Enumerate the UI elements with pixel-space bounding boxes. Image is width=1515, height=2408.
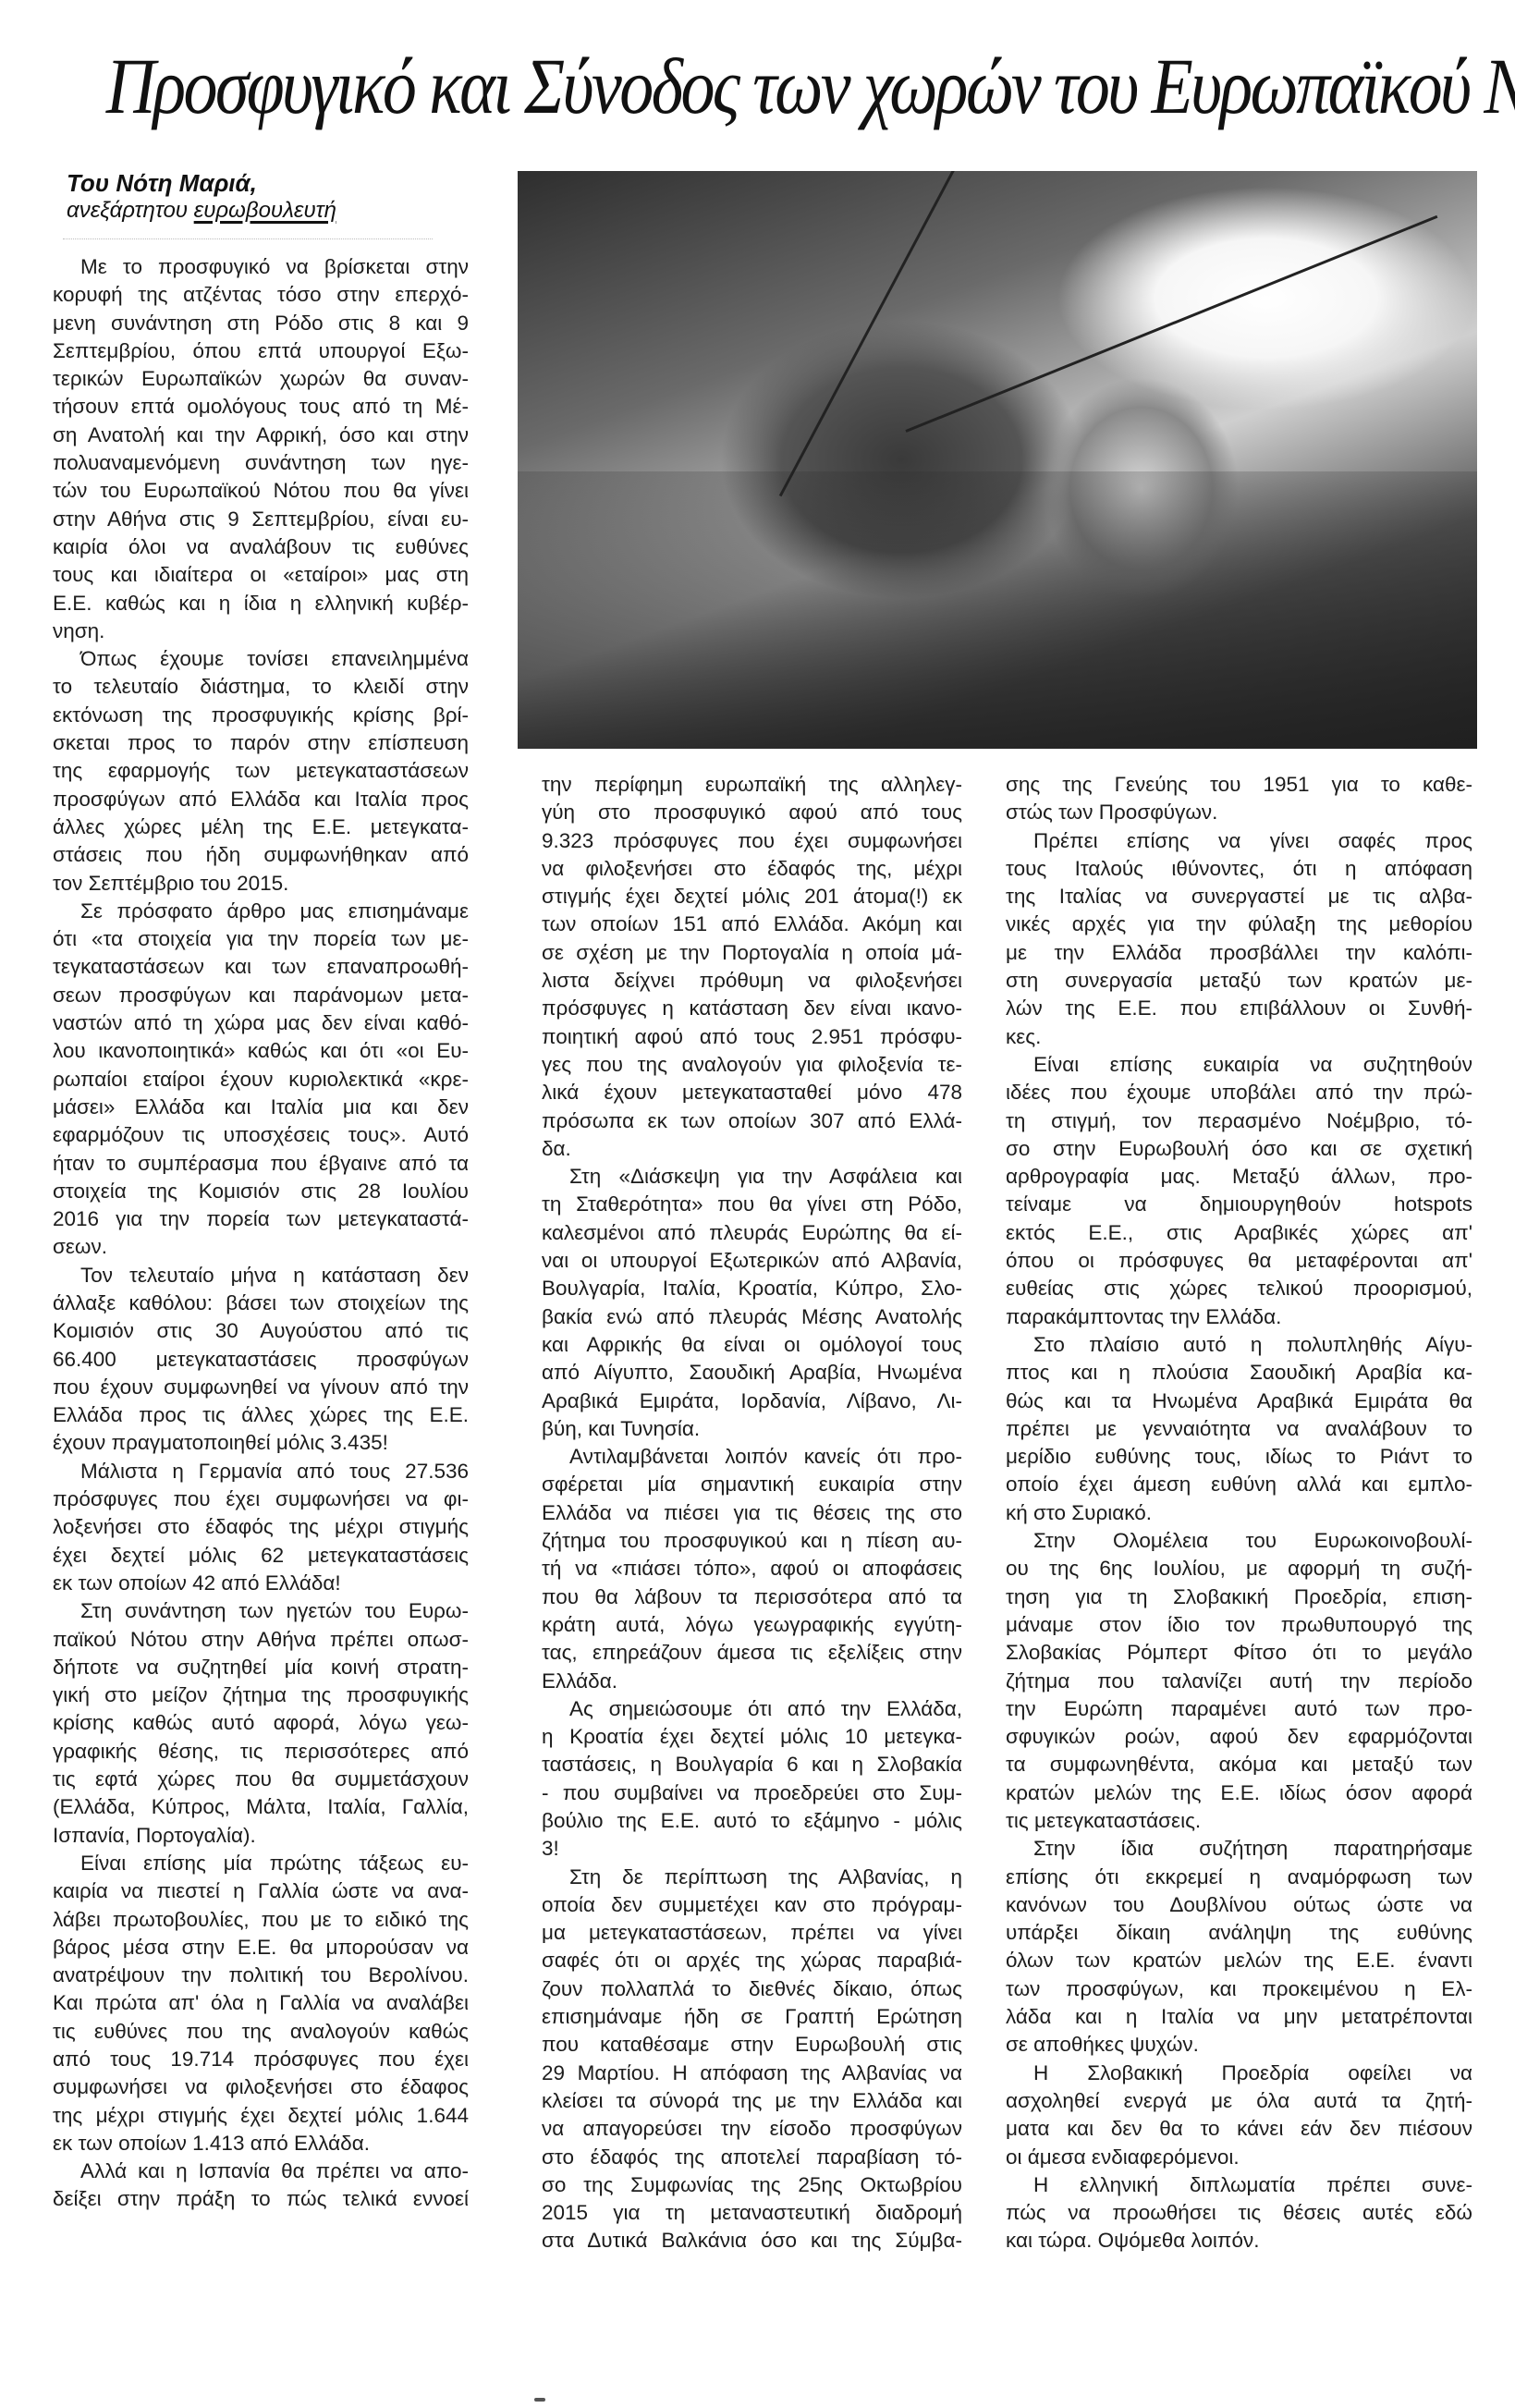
text-line: η Κροατία έχει δεχτεί μόλις 10 μετεγκα- — [542, 1723, 962, 1751]
text-line: όλων των κρατών μελών της Ε.Ε. έναντι — [1006, 1947, 1472, 1974]
text-line: λάδα και η Ιταλία να μην μετατρέπονται — [1006, 2003, 1472, 2031]
text-column-1: Με το προσφυγικό να βρίσκεται στηνκορυφή… — [53, 253, 469, 2214]
text-line: Σλοβακίας Ρόμπερτ Φίτσο ότι το μεγάλο — [1006, 1639, 1472, 1667]
text-line: σφέρεται μία σημαντική ευκαιρία στην — [542, 1471, 962, 1498]
text-line: σε σχέση με την Πορτογαλία η οποία μά- — [542, 939, 962, 967]
text-line: τεγκαταστάσεων και των επαναπροωθή- — [53, 953, 469, 981]
text-line: σεων. — [53, 1233, 469, 1261]
text-line: 29 Μαρτίου. Η απόφαση της Αλβανίας να — [542, 2060, 962, 2087]
text-column-3: σης της Γενεύης του 1951 για το καθε-στώ… — [1006, 771, 1472, 2255]
text-line: στα Δυτικά Βαλκάνια όσο και της Σύμβα- — [542, 2227, 962, 2255]
text-line: την Ευρώπη παραμένει αυτό των προ- — [1006, 1695, 1472, 1723]
text-line: εκτόνωση της προσφυγικής κρίσης βρί- — [53, 702, 469, 729]
text-line: δείξει στην πράξη το πώς τελικά εννοεί — [53, 2185, 469, 2213]
text-line: ζήτημα που ταλανίζει αυτή την περίοδο — [1006, 1668, 1472, 1695]
text-line: τας, επηρεάζουν άμεσα τις εξελίξεις στην — [542, 1639, 962, 1667]
text-line: Η Σλοβακική Προεδρία οφείλει να — [1006, 2060, 1472, 2087]
text-line: της μέχρι στιγμής έχει δεχτεί μόλις 1.64… — [53, 2102, 469, 2130]
byline-divider — [63, 238, 433, 240]
text-line: καιρία να πιεστεί η Γαλλία ώστε να ανα- — [53, 1877, 469, 1905]
text-line: πολυαναμενόμενη συνάντηση των ηγε- — [53, 449, 469, 477]
text-line: κες. — [1006, 1023, 1472, 1051]
text-line: τις εφτά χώρες που θα συμμετάσχουν — [53, 1766, 469, 1793]
text-line: μενη συνάντηση στη Ρόδο στις 8 και 9 — [53, 310, 469, 337]
text-line: τείναμε να δημιουργηθούν hotspots — [1006, 1191, 1472, 1218]
text-line: τις μετεγκαταστάσεις. — [1006, 1807, 1472, 1835]
text-line: επισημάναμε ήδη σε Γραπτή Ερώτηση — [542, 2003, 962, 2031]
text-line: τη στιγμή, τον περασμένο Νοέμβριο, τό- — [1006, 1107, 1472, 1135]
text-line: άλλαξε καθόλου: βάσει των στοιχείων της — [53, 1290, 469, 1317]
text-line: με την Ελλάδα προσβάλλει την καλόπι- — [1006, 939, 1472, 967]
text-line: θώς και τα Ηνωμένα Αραβικά Εμιράτα θα — [1006, 1387, 1472, 1415]
text-line: ταστάσεις, η Βουλγαρία 6 και η Σλοβακία — [542, 1751, 962, 1778]
text-line: Ελλάδα. — [542, 1668, 962, 1695]
text-line: κλείσει τα σύνορά της με την Ελλάδα και — [542, 2087, 962, 2115]
text-line: Με το προσφυγικό να βρίσκεται στην — [53, 253, 469, 281]
text-line: της εφαρμογής των μετεγκαταστάσεων — [53, 757, 469, 785]
text-line: 66.400 μετεγκαταστάσεις προσφύγων — [53, 1346, 469, 1374]
text-line: ανατρέψουν την πολιτική του Βερολίνου. — [53, 1962, 469, 1989]
text-line: Στο πλαίσιο αυτό η πολυπληθής Αίγυ- — [1006, 1331, 1472, 1359]
text-line: που έχουν συμφωνηθεί να γίνουν από την — [53, 1374, 469, 1401]
text-line: σο της Συμφωνίας της 25ης Οκτωβρίου — [542, 2171, 962, 2199]
text-line: εκ των οποίων 42 από Ελλάδα! — [53, 1570, 469, 1597]
text-line: μάναμε στον ίδιο τον πρωθυπουργό της — [1006, 1611, 1472, 1639]
text-line: επίσης ότι εκκρεμεί η αναμόρφωση των — [1006, 1864, 1472, 1891]
author-role-prefix: ανεξάρτητου — [67, 198, 194, 223]
text-line: Αραβικά Εμιράτα, Ιορδανία, Λίβανο, Λι- — [542, 1387, 962, 1415]
text-line: Η ελληνική διπλωματία πρέπει συνε- — [1006, 2171, 1472, 2199]
text-line: Ισπανία, Πορτογαλία). — [53, 1822, 469, 1850]
text-line: Μάλιστα η Γερμανία από τους 27.536 — [53, 1458, 469, 1485]
text-line: Βουλγαρία, Ιταλία, Κροατία, Κύπρο, Σλο- — [542, 1275, 962, 1302]
text-line: Ας σημειώσουμε ότι από την Ελλάδα, — [542, 1695, 962, 1723]
text-line: βούλιο της Ε.Ε. αυτό το εξάμηνο - μόλις — [542, 1807, 962, 1835]
text-line: αρθρογραφία μας. Μεταξύ άλλων, προ- — [1006, 1163, 1472, 1191]
text-line: στάσεις που ήδη συμφωνήθηκαν από — [53, 841, 469, 869]
text-line: ζήτημα του προσφυγικού και η πίεση αυ- — [542, 1527, 962, 1555]
text-column-2: την περίφημη ευρωπαϊκή της αλληλεγ-γύη σ… — [542, 771, 962, 2255]
text-line: συμφωνήσει να φιλοξενήσει στο έδαφος — [53, 2073, 469, 2101]
text-line: στην Αθήνα στις 9 Σεπτεμβρίου, είναι ευ- — [53, 506, 469, 533]
author-role: ανεξάρτητου ευρωβουλευτή — [67, 197, 399, 225]
text-line: Όπως έχουμε τονίσει επανειλημμένα — [53, 645, 469, 673]
text-line: από Αίγυπτο, Σαουδική Αραβία, Ηνωμένα — [542, 1359, 962, 1387]
text-line: γες που της αναλογούν για φιλοξενία τε- — [542, 1051, 962, 1079]
text-line: Ε.Ε. καθώς και η ίδια η ελληνική κυβέρ- — [53, 590, 469, 617]
text-line: 2015 για τη μεταναστευτική διαδρομή — [542, 2199, 962, 2227]
text-line: να απαγορεύσει την είσοδο προσφύγων — [542, 2115, 962, 2143]
author-name: Του Νότη Μαριά, — [67, 169, 399, 197]
byline: Του Νότη Μαριά, ανεξάρτητου ευρωβουλευτή — [67, 169, 399, 225]
text-line: που καταθέσαμε στην Ευρωβουλή στις — [542, 2031, 962, 2059]
text-line: 9.323 πρόσφυγες που έχει συμφωνήσει — [542, 827, 962, 855]
text-line: υπάρξει δίκαιη ανάληψη της ευθύνης — [1006, 1919, 1472, 1947]
text-line: κανόνων του Δουβλίνου ούτως ώστε να — [1006, 1891, 1472, 1919]
text-line: κρατών μελών της Ε.Ε. ιδίως όσον αφορά — [1006, 1779, 1472, 1807]
text-line: κρίσης καθώς αυτό αφορά, λόγω γεω- — [53, 1709, 469, 1737]
text-line: Αντιλαμβάνεται λοιπόν κανείς ότι προ- — [542, 1443, 962, 1471]
text-line: δήποτε να συζητηθεί μία κοινή στρατη- — [53, 1654, 469, 1681]
text-line: Και πρώτα απ' όλα η Γαλλία να αναλάβει — [53, 1989, 469, 2017]
text-line: παϊκού Νότου στην Αθήνα πρέπει οπωσ- — [53, 1626, 469, 1654]
text-line: από τους 19.714 πρόσφυγες που έχει — [53, 2046, 469, 2073]
text-line: Ελλάδα προς τις άλλες χώρες της Ε.Ε. — [53, 1401, 469, 1429]
text-line: και τώρα. Οψόμεθα λοιπόν. — [1006, 2227, 1472, 2255]
text-line: στιγμής έχει δεχτεί μόλις 201 άτομα(!) ε… — [542, 883, 962, 911]
text-line: εκτός Ε.Ε., στις Αραβικές χώρες απ' — [1006, 1219, 1472, 1247]
text-line: τις ευθύνες που της αναλογούν καθώς — [53, 2018, 469, 2046]
text-line: ση Ανατολή και την Αφρική, όσο και στην — [53, 422, 469, 449]
text-line: Στη δε περίπτωση της Αλβανίας, η — [542, 1864, 962, 1891]
text-line: τήσουν επτά ομολόγους τους από τη Μέ- — [53, 393, 469, 421]
text-line: που θα λάβουν τα περισσότερα από τα — [542, 1583, 962, 1611]
text-line: των οποίων 151 από Ελλάδα. Ακόμη και — [542, 911, 962, 938]
text-line: γική στο μείζον ζήτημα της προσφυγικής — [53, 1681, 469, 1709]
text-line: ναστών από τη χώρα μας δεν είναι καθό- — [53, 1009, 469, 1037]
text-line: καλεσμένοι από πλευράς Ευρώπης θα εί- — [542, 1219, 962, 1247]
text-line: (Ελλάδα, Κύπρος, Μάλτα, Ιταλία, Γαλλία, — [53, 1793, 469, 1821]
text-line: βάρος μέσα στην Ε.Ε. θα μπορούσαν να — [53, 1934, 469, 1962]
text-line: πώς να προωθήσει τις θέσεις αυτές εδώ — [1006, 2199, 1472, 2227]
text-line: ου της 6ης Ιουλίου, με αφορμή τη συζή- — [1006, 1555, 1472, 1583]
text-line: λάβει πρωτοβουλίες, που με το ειδικό της — [53, 1906, 469, 1934]
text-line: ότι «τα στοιχεία για την πορεία των με- — [53, 925, 469, 953]
text-line: 2016 για την πορεία των μετεγκαταστά- — [53, 1205, 469, 1233]
text-line: των προσφύγων, και προκειμένου η Ελ- — [1006, 1975, 1472, 2003]
text-line: Τον τελευταίο μήνα η κατάσταση δεν — [53, 1262, 469, 1290]
text-line: Κομισιόν στις 30 Αυγούστου από τις — [53, 1317, 469, 1345]
text-line: Στη «Διάσκεψη για την Ασφάλεια και — [542, 1163, 962, 1191]
text-line: τών του Ευρωπαϊκού Νότου που θα γίνει — [53, 477, 469, 505]
text-line: λοξενήσει στο έδαφός της μέχρι στιγμής — [53, 1513, 469, 1541]
text-line: ιδέες που έχουμε υποβάλει από την πρώ- — [1006, 1079, 1472, 1106]
text-line: της Ιταλίας να συνεργαστεί με τις αλβα- — [1006, 883, 1472, 911]
text-line: Σεπτεμβρίου, όπου επτά υπουργοί Εξω- — [53, 337, 469, 365]
text-line: Στη συνάντηση των ηγετών του Ευρω- — [53, 1597, 469, 1625]
text-line: 3! — [542, 1835, 962, 1863]
text-line: τερικών Ευρωπαϊκών χωρών θα συναν- — [53, 365, 469, 393]
text-line: οι άμεσα ενδιαφερόμενοι. — [1006, 2144, 1472, 2171]
text-line: πρέπει με γενναιότητα να αναλάβουν το — [1006, 1415, 1472, 1443]
photo-hills — [518, 471, 1477, 749]
text-line: ματα και δεν θα το κάνει εάν δεν πιέσουν — [1006, 2115, 1472, 2143]
text-line: καιρία όλοι να αναλάβουν τις ευθύνες — [53, 533, 469, 561]
text-line: εκ των οποίων 1.413 από Ελλάδα. — [53, 2130, 469, 2157]
text-line: πρόσφυγες που έχει συμφωνήσει να φι- — [53, 1485, 469, 1513]
text-line: τη Σταθερότητα» που θα γίνει στη Ρόδο, — [542, 1191, 962, 1218]
text-line: σεων προσφύγων και παράνομων μετα- — [53, 982, 469, 1009]
text-line: προσφύγων από Ελλάδα και Ιταλία προς — [53, 786, 469, 813]
text-line: έχει δεχτεί μόλις 62 μετεγκαταστάσεις — [53, 1542, 469, 1570]
text-line: σης της Γενεύης του 1951 για το καθε- — [1006, 771, 1472, 799]
text-line: την περίφημη ευρωπαϊκή της αλληλεγ- — [542, 771, 962, 799]
article-photo — [518, 171, 1477, 749]
photo-barbed-wire — [905, 215, 1437, 433]
text-line: τηση για τη Σλοβακική Προεδρία, επιση- — [1006, 1583, 1472, 1611]
text-line: μάσει» Ελλάδα και Ιταλία μια και δεν — [53, 1094, 469, 1121]
text-line: τους Ιταλούς ιθύνοντες, ότι η απόφαση — [1006, 855, 1472, 883]
text-line: Είναι επίσης μία πρώτης τάξεως ευ- — [53, 1850, 469, 1877]
text-line: δα. — [542, 1135, 962, 1163]
text-line: Στην Ολομέλεια του Ευρωκοινοβουλί- — [1006, 1527, 1472, 1555]
text-line: τή να «πιάσει τόπο», αφού οι αποφάσεις — [542, 1555, 962, 1583]
text-line: άλλες χώρες μέλη της Ε.Ε. μετεγκατα- — [53, 813, 469, 841]
text-line: τους και ιδιαίτερα οι «εταίροι» μας στη — [53, 561, 469, 589]
text-line: ζουν πολλαπλά το διεθνές δίκαιο, όπως — [542, 1975, 962, 2003]
text-line: Αλλά και η Ισπανία θα πρέπει να απο- — [53, 2157, 469, 2185]
text-line: κορυφή της ατζέντας τόσο στην επερχό- — [53, 281, 469, 309]
text-line: παρακάμπτοντας την Ελλάδα. — [1006, 1303, 1472, 1331]
text-line: Ελλάδα να πιέσει για τις θέσεις της στο — [542, 1499, 962, 1527]
text-line: λών της Ε.Ε. που επιβάλλουν οι Συνθή- — [1006, 995, 1472, 1022]
text-line: πτος και η πλούσια Σαουδική Αραβία κα- — [1006, 1359, 1472, 1387]
text-line: Είναι επίσης ευκαιρία να συζητηθούν — [1006, 1051, 1472, 1079]
text-line: βύη, και Τυνησία. — [542, 1415, 962, 1443]
text-line: και Αφρικής θα είναι οι ομόλογοί τους — [542, 1331, 962, 1359]
text-line: κράτη αυτά, λόγω γεωγραφικής εγγύτη- — [542, 1611, 962, 1639]
text-line: Σε πρόσφατο άρθρο μας επισημάναμε — [53, 898, 469, 925]
text-line: γύη στο προσφυγικό αφού από τους — [542, 799, 962, 826]
text-line: εφαρμόζουν τις υποσχέσεις τους». Αυτό — [53, 1121, 469, 1149]
text-line: στη συνεργασία μεταξύ των κρατών με- — [1006, 967, 1472, 995]
text-line: στο έδαφός της αποτελεί παραβίαση τό- — [542, 2144, 962, 2171]
text-line: τα συμφωνηθέντα, ακόμα και μεταξύ των — [1006, 1751, 1472, 1778]
text-line: ναι οι υπουργοί Εξωτερικών από Αλβανία, — [542, 1247, 962, 1275]
text-line: νικές αρχές για την φύλαξη της μεθορίου — [1006, 911, 1472, 938]
text-line: στώς των Προσφύγων. — [1006, 799, 1472, 826]
text-line: μα μετεγκαταστάσεων, πρέπει να γίνει — [542, 1919, 962, 1947]
text-line: λιστα δείχνει πρόθυμη να φιλοξενήσει — [542, 967, 962, 995]
print-mark — [534, 2398, 545, 2402]
text-line: κή στο Συριακό. — [1006, 1499, 1472, 1527]
text-line: Πρέπει επίσης να γίνει σαφές προς — [1006, 827, 1472, 855]
text-line: - που συμβαίνει να προεδρεύει στο Συμ- — [542, 1779, 962, 1807]
text-line: έχουν πραγματοποιηθεί μόλις 3.435! — [53, 1429, 469, 1457]
text-line: στοιχεία της Κομισιόν στις 28 Ιουλίου — [53, 1178, 469, 1205]
article-headline: Προσφυγικό και Σύνοδος των χωρών του Ευρ… — [106, 35, 1410, 137]
text-line: οποίο έχει άμεση ευθύνη αλλά και εμπλο- — [1006, 1471, 1472, 1498]
text-line: νηση. — [53, 617, 469, 645]
text-line: το τελευταίο διάστημα, το κλειδί στην — [53, 673, 469, 701]
author-role-underlined: ευρωβουλευτή — [194, 198, 336, 223]
text-line: βακία ενώ από πλευράς Μέσης Ανατολής — [542, 1303, 962, 1331]
text-line: Στην ίδια συζήτηση παρατηρήσαμε — [1006, 1835, 1472, 1863]
text-line: ασχοληθεί ενεργά με όλα αυτά τα ζητή- — [1006, 2087, 1472, 2115]
text-line: σαφές ότι οι αρχές της χώρας παραβιά- — [542, 1947, 962, 1974]
text-line: ήταν το συμπέρασμα που έβγαινε από τα — [53, 1150, 469, 1178]
text-line: σε αποθήκες ψυχών. — [1006, 2031, 1472, 2059]
text-line: τον Σεπτέμβριο του 2015. — [53, 870, 469, 898]
text-line: λου ικανοποιητικά» καθώς και ότι «οι Ευ- — [53, 1037, 469, 1065]
text-line: μερίδιο ευθύνης τους, ιδίως το Ριάντ το — [1006, 1443, 1472, 1471]
text-line: λικά έχουν μετεγκατασταθεί μόνο 478 — [542, 1079, 962, 1106]
text-line: ρωπαίοι εταίροι έχουν κυριολεκτικά «κρε- — [53, 1066, 469, 1094]
text-line: σφυγικών ροών, αφού δεν εφαρμόζονται — [1006, 1723, 1472, 1751]
text-line: ποιητική αφού από τους 2.951 πρόσφυ- — [542, 1023, 962, 1051]
text-line: όπου οι πρόσφυγες θα μεταφέρονται απ' — [1006, 1247, 1472, 1275]
text-line: ευθείας στις χώρες τελικού προορισμού, — [1006, 1275, 1472, 1302]
text-line: να φιλοξενήσει στο έδαφός της, μέχρι — [542, 855, 962, 883]
text-line: σο στην Ευρωβουλή όσο και σε σχετική — [1006, 1135, 1472, 1163]
text-line: πρόσωπα εκ των οποίων 307 από Ελλά- — [542, 1107, 962, 1135]
text-line: σκεται προς το παρόν στην επίσπευση — [53, 729, 469, 757]
text-line: οποία δεν συμμετέχει καν στο πρόγραμ- — [542, 1891, 962, 1919]
text-line: πρόσφυγες η κατάσταση δεν είναι ικανο- — [542, 995, 962, 1022]
photo-barbed-wire — [779, 171, 964, 496]
text-line: γραφικής θέσης, τις περισσότερες από — [53, 1738, 469, 1766]
